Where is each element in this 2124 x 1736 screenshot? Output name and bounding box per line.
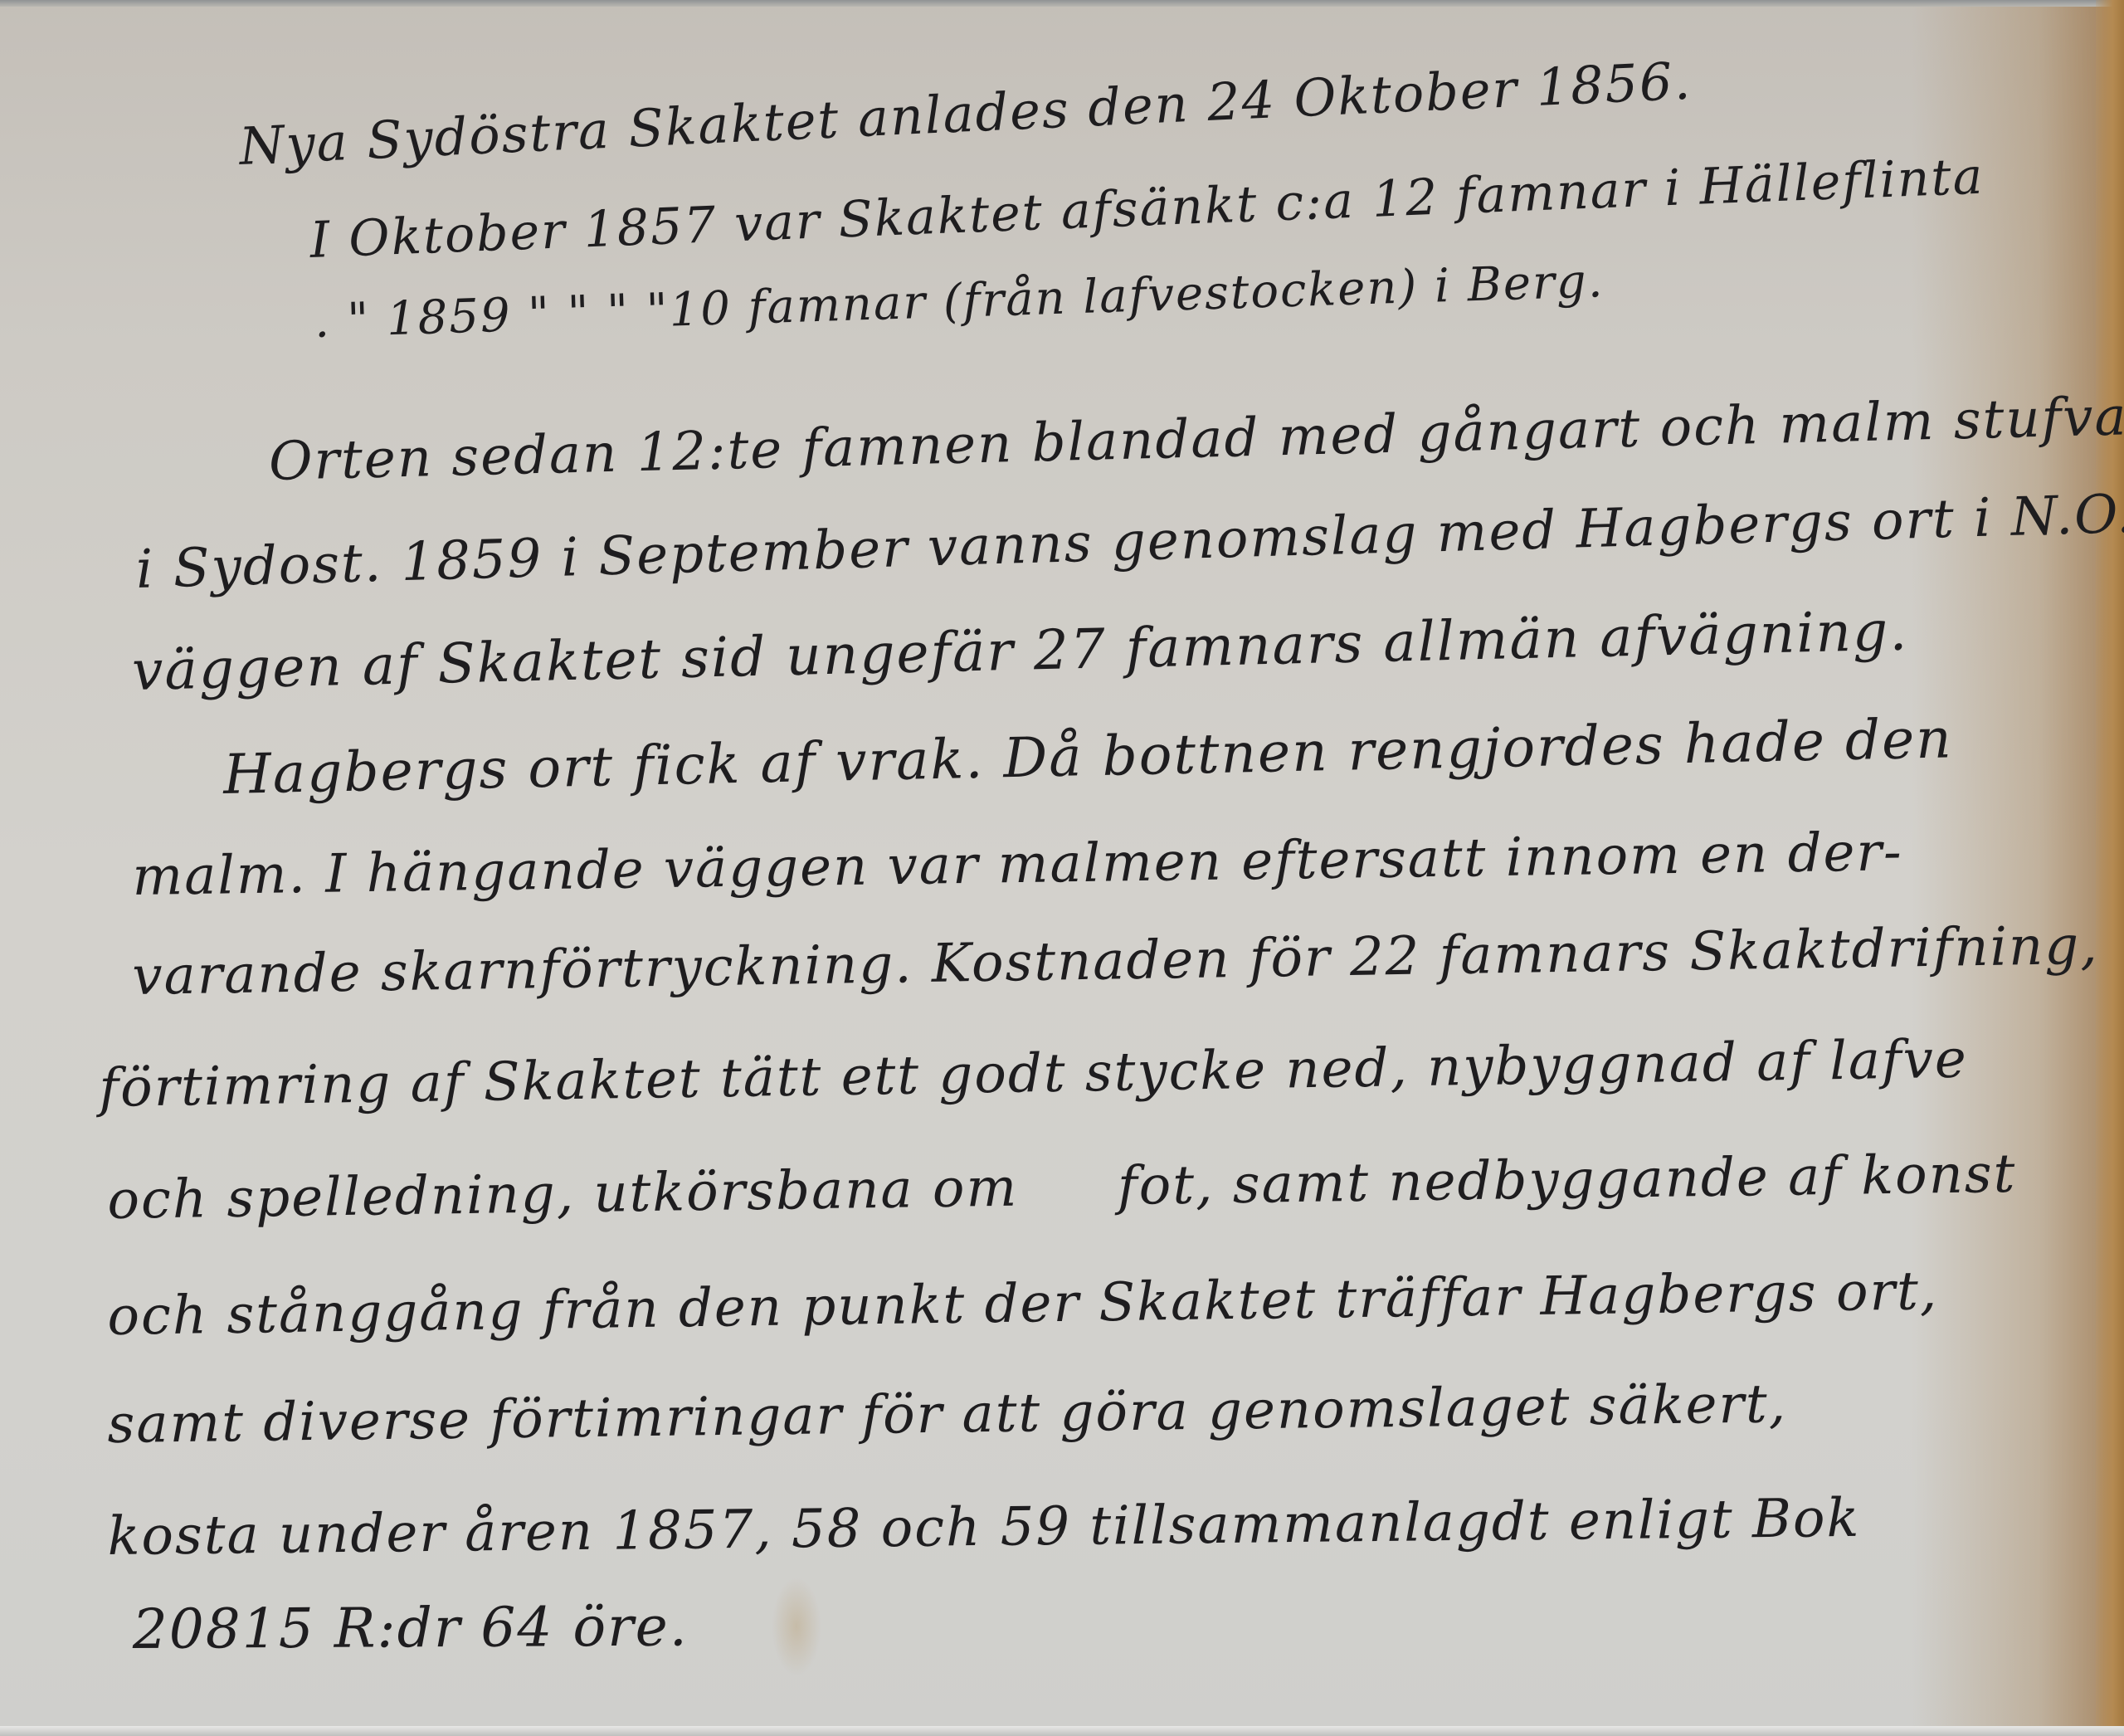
handwritten-line-10: förtimring af Skaktet tätt ett godt styc… — [99, 1029, 1968, 1119]
handwritten-line-11: och spelledning, utkörsbana omfot, samt … — [107, 1144, 2017, 1231]
line-11-start: och spelledning, utkörsbana om — [107, 1158, 1019, 1231]
document-photo: Nya Sydöstra Skaktet anlades den 24 Okto… — [0, 0, 2124, 1736]
handwritten-line-3: . " 1859 " " " "10 famnar (från lafvesto… — [314, 254, 1605, 349]
handwritten-line-12: och stånggång från den punkt der Skaktet… — [107, 1261, 1939, 1348]
handwritten-line-15-total: 20815 R:dr 64 öre. — [133, 1594, 689, 1661]
blank-gap — [1018, 1204, 1118, 1206]
handwritten-line-14: kosta under åren 1857, 58 och 59 tillsam… — [107, 1488, 1860, 1568]
paper-stain — [772, 1577, 821, 1676]
page-top-edge — [0, 0, 2124, 7]
handwritten-line-1: Nya Sydöstra Skaktet anlades den 24 Okto… — [238, 51, 1693, 177]
page-right-edge — [2096, 0, 2124, 1736]
handwritten-line-5: i Sydost. 1859 i September vanns genomsl… — [135, 484, 2124, 601]
handwritten-line-8: malm. I hängande väggen var malmen efter… — [132, 822, 1903, 908]
handwritten-line-6: väggen af Skaktet sid ungefär 27 famnars… — [131, 598, 1909, 703]
handwritten-line-7: Hagbergs ort fick af vrak. Då bottnen re… — [222, 706, 1953, 807]
handwritten-line-4: Orten sedan 12:te famnen blandad med gån… — [268, 383, 2124, 493]
handwritten-line-13: samt diverse förtimringar för att göra g… — [107, 1373, 1787, 1456]
line-11-end: fot, samt nedbyggande af konst — [1118, 1144, 2017, 1217]
handwritten-line-2: I Oktober 1857 var Skaktet afsänkt c:a 1… — [309, 148, 1985, 270]
handwritten-line-9: varande skarnförtryckning. Kostnaden för… — [132, 915, 2099, 1007]
page-bottom-edge — [0, 1726, 2124, 1736]
